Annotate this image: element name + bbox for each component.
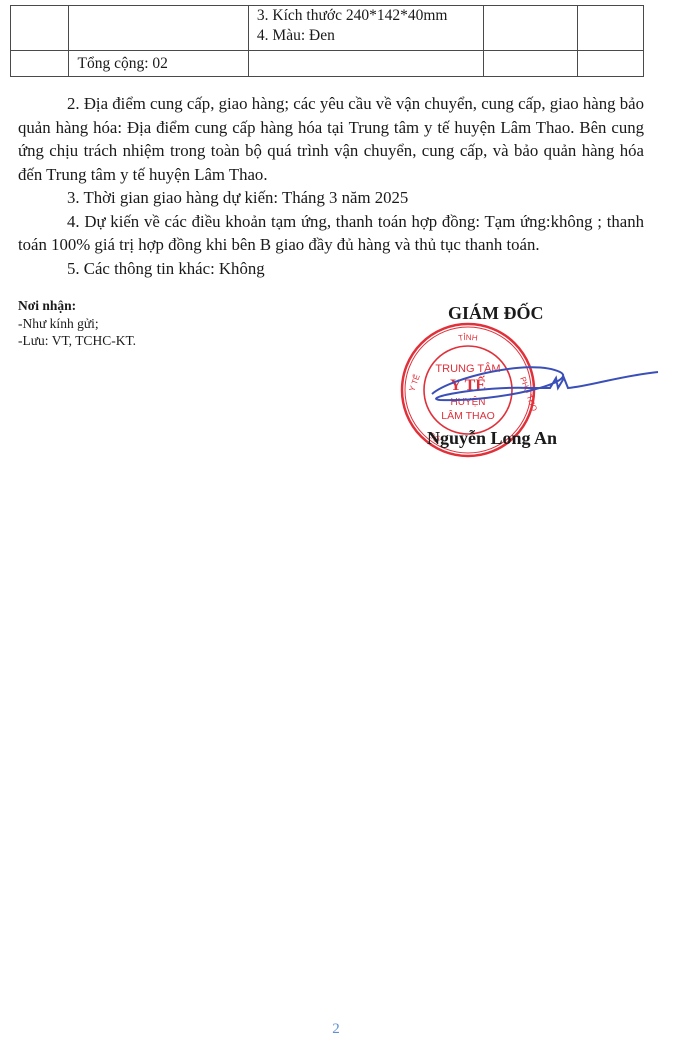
recipients: Nơi nhận: -Như kính gửi; -Lưu: VT, TCHC-… <box>18 297 136 350</box>
paragraph-delivery-time: 3. Thời gian giao hàng dự kiến: Tháng 3 … <box>18 186 644 210</box>
spec-size: 3. Kích thước 240*142*40mm <box>257 6 475 26</box>
table-cell <box>248 51 483 77</box>
table-cell <box>11 51 69 77</box>
page-number: 2 <box>0 1021 672 1038</box>
recipients-title: Nơi nhận: <box>18 297 136 315</box>
body-text: 2. Địa điểm cung cấp, giao hàng; các yêu… <box>18 92 644 280</box>
table-cell <box>483 51 577 77</box>
table-cell <box>577 6 643 51</box>
signer-position: GIÁM ĐỐC <box>448 303 544 324</box>
signature-scribble-icon <box>420 350 660 410</box>
table-cell <box>483 6 577 51</box>
recipient-item: -Như kính gửi; <box>18 315 136 333</box>
table-row: 3. Kích thước 240*142*40mm 4. Màu: Đen <box>11 6 644 51</box>
table-cell <box>11 6 69 51</box>
spec-color: 4. Màu: Đen <box>257 26 475 46</box>
table-cell <box>577 51 643 77</box>
svg-text:LÂM THAO: LÂM THAO <box>441 409 494 422</box>
spec-cell: 3. Kích thước 240*142*40mm 4. Màu: Đen <box>248 6 483 51</box>
goods-table: 3. Kích thước 240*142*40mm 4. Màu: Đen T… <box>10 5 644 77</box>
recipient-item: -Lưu: VT, TCHC-KT. <box>18 332 136 350</box>
total-cell: Tổng cộng: 02 <box>69 51 248 77</box>
svg-text:TỈNH: TỈNH <box>458 333 479 343</box>
paragraph-payment-terms: 4. Dự kiến về các điều khoản tạm ứng, th… <box>18 210 644 257</box>
paragraph-other-info: 5. Các thông tin khác: Không <box>18 257 644 281</box>
table-cell <box>69 6 248 51</box>
table-row: Tổng cộng: 02 <box>11 51 644 77</box>
paragraph-delivery-location: 2. Địa điểm cung cấp, giao hàng; các yêu… <box>18 92 644 186</box>
signer-name: Nguyễn Long An <box>427 428 557 449</box>
